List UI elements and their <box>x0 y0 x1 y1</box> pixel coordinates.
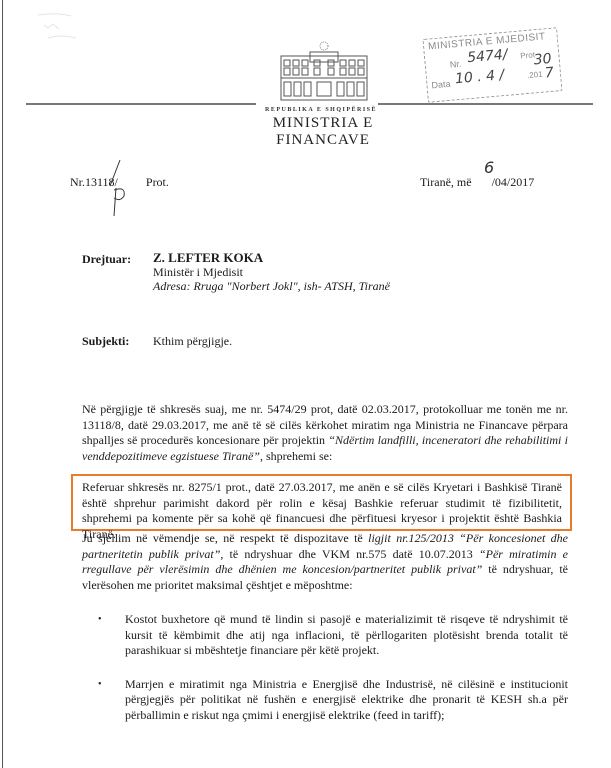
paragraph-text: Ju sjellim në vëmendje se, në respekt të… <box>82 531 368 545</box>
date-value: /04/2017 <box>492 175 535 189</box>
letter-date: Tiranë, më /04/2017 <box>420 175 534 190</box>
republic-label: REPUBLIKA E SHQIPËRISË <box>256 107 386 113</box>
addressee-title: Ministër i Mjedisit <box>153 265 390 279</box>
addressee-address: Adresa: Rruga "Norbert Jokl", ish- ATSH,… <box>153 279 390 293</box>
subject-label: Subjekti: <box>82 334 129 349</box>
handwritten-protocol-mark <box>106 158 136 218</box>
bullet-icon: • <box>98 612 102 628</box>
addressee-label: Drejtuar: <box>82 252 131 267</box>
stamp-year-label: .201 <box>527 70 543 80</box>
stamp-data-label: Data <box>431 79 451 91</box>
priority-list: • Kostot buxhetore që mund të lindin si … <box>82 612 568 741</box>
stamp-nr-label: Nr. <box>449 59 461 70</box>
list-item: • Marrjen e miratimit nga Ministria e En… <box>82 677 568 724</box>
date-place: Tiranë, më <box>420 175 472 189</box>
building-emblem-icon <box>278 40 370 102</box>
letterhead-rule-right <box>378 103 593 105</box>
reception-stamp: MINISTRIA E MJEDISIT Nr. 5474/ Prot 30 D… <box>422 27 562 103</box>
bullet-icon: • <box>98 677 102 693</box>
handwritten-day: 6 <box>484 158 494 177</box>
letterhead-rule-left <box>26 103 256 105</box>
protocol-label: Prot. <box>146 175 169 189</box>
list-item-text: Marrjen e miratimit nga Ministria e Ener… <box>125 677 568 722</box>
paragraph-legal-notice: Ju sjellim në vëmendje se, në respekt të… <box>82 531 568 593</box>
subject-text: Kthim përgjigje. <box>153 334 232 349</box>
stamp-nr-value: 5474/ <box>467 47 509 66</box>
list-item: • Kostot buxhetore që mund të lindin si … <box>82 612 568 659</box>
page-edge <box>2 0 3 768</box>
addressee-name: Z. LEFTER KOKA <box>153 251 390 265</box>
paragraph-text: , shprehemi se: <box>260 449 332 463</box>
stamp-data-value: 10 . 4 / <box>454 67 504 87</box>
addressee-block: Z. LEFTER KOKA Ministër i Mjedisit Adres… <box>153 251 390 293</box>
list-item-text: Kostot buxhetore që mund të lindin si pa… <box>125 612 568 657</box>
paragraph-text: , të ndryshuar dhe VKM nr.575 datë 10.07… <box>220 547 479 561</box>
stamp-year-value: 7 <box>544 65 554 82</box>
paragraph-response: Në përgjigje të shkresës suaj, me nr. 54… <box>82 402 568 464</box>
faint-handwriting-mark <box>36 10 96 45</box>
ministry-name: MINISTRIA E FINANCAVE <box>228 115 418 149</box>
